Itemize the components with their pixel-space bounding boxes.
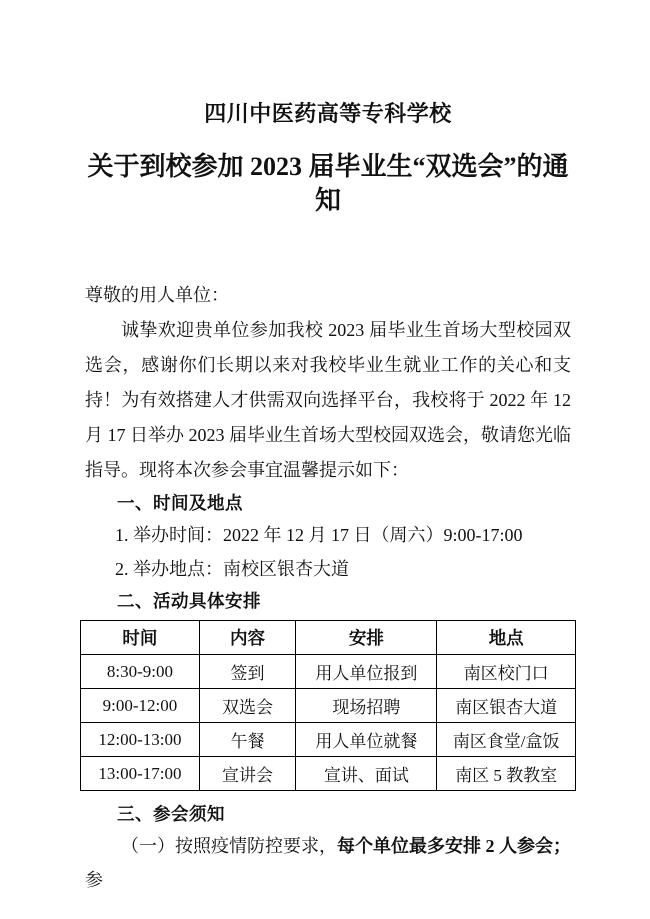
cell-plan: 用人单位就餐 bbox=[296, 723, 437, 757]
cell-plan: 现场招聘 bbox=[296, 689, 437, 723]
header-time: 时间 bbox=[81, 621, 200, 655]
cell-content: 双选会 bbox=[199, 689, 296, 723]
header-content: 内容 bbox=[199, 621, 296, 655]
header-plan: 安排 bbox=[296, 621, 437, 655]
school-name-title: 四川中医药高等专科学校 bbox=[85, 100, 571, 128]
section3-note: （一）按照疫情防控要求，每个单位最多安排 2 人参会；参 bbox=[85, 829, 571, 897]
note-prefix: （一）按照疫情防控要求， bbox=[121, 836, 337, 856]
salutation: 尊敬的用人单位： bbox=[85, 278, 571, 313]
section3-heading: 三、参会须知 bbox=[85, 799, 571, 829]
section1-heading: 一、时间及地点 bbox=[85, 488, 571, 518]
cell-place: 南区食堂/盒饭 bbox=[437, 723, 576, 757]
notice-document-page: 四川中医药高等专科学校 关于到校参加 2023 届毕业生“双选会”的通知 尊敬的… bbox=[0, 0, 650, 919]
note-suffix: 参 bbox=[85, 870, 103, 890]
cell-place: 南区 5 教教室 bbox=[437, 757, 576, 791]
cell-time: 13:00-17:00 bbox=[81, 757, 200, 791]
cell-plan: 宣讲、面试 bbox=[296, 757, 437, 791]
section2-heading: 二、活动具体安排 bbox=[85, 586, 571, 616]
cell-content: 宣讲会 bbox=[199, 757, 296, 791]
table-row: 13:00-17:00 宣讲会 宣讲、面试 南区 5 教教室 bbox=[81, 757, 576, 791]
section1-item-time: 1. 举办时间：2022 年 12 月 17 日（周六）9:00-17:00 bbox=[85, 518, 571, 552]
note-bold-phrase: 每个单位最多安排 2 人参会； bbox=[337, 836, 571, 856]
intro-paragraph: 诚挚欢迎贵单位参加我校 2023 届毕业生首场大型校园双选会，感谢你们长期以来对… bbox=[85, 313, 571, 488]
cell-place: 南区校门口 bbox=[437, 655, 576, 689]
cell-time: 9:00-12:00 bbox=[81, 689, 200, 723]
schedule-table: 时间 内容 安排 地点 8:30-9:00 签到 用人单位报到 南区校门口 9:… bbox=[80, 620, 576, 791]
notice-title: 关于到校参加 2023 届毕业生“双选会”的通知 bbox=[85, 150, 571, 218]
table-header-row: 时间 内容 安排 地点 bbox=[81, 621, 576, 655]
header-place: 地点 bbox=[437, 621, 576, 655]
cell-time: 12:00-13:00 bbox=[81, 723, 200, 757]
cell-content: 午餐 bbox=[199, 723, 296, 757]
table-row: 12:00-13:00 午餐 用人单位就餐 南区食堂/盒饭 bbox=[81, 723, 576, 757]
cell-time: 8:30-9:00 bbox=[81, 655, 200, 689]
section1-item-place: 2. 举办地点：南校区银杏大道 bbox=[85, 552, 571, 586]
cell-place: 南区银杏大道 bbox=[437, 689, 576, 723]
table-row: 8:30-9:00 签到 用人单位报到 南区校门口 bbox=[81, 655, 576, 689]
table-row: 9:00-12:00 双选会 现场招聘 南区银杏大道 bbox=[81, 689, 576, 723]
cell-content: 签到 bbox=[199, 655, 296, 689]
cell-plan: 用人单位报到 bbox=[296, 655, 437, 689]
